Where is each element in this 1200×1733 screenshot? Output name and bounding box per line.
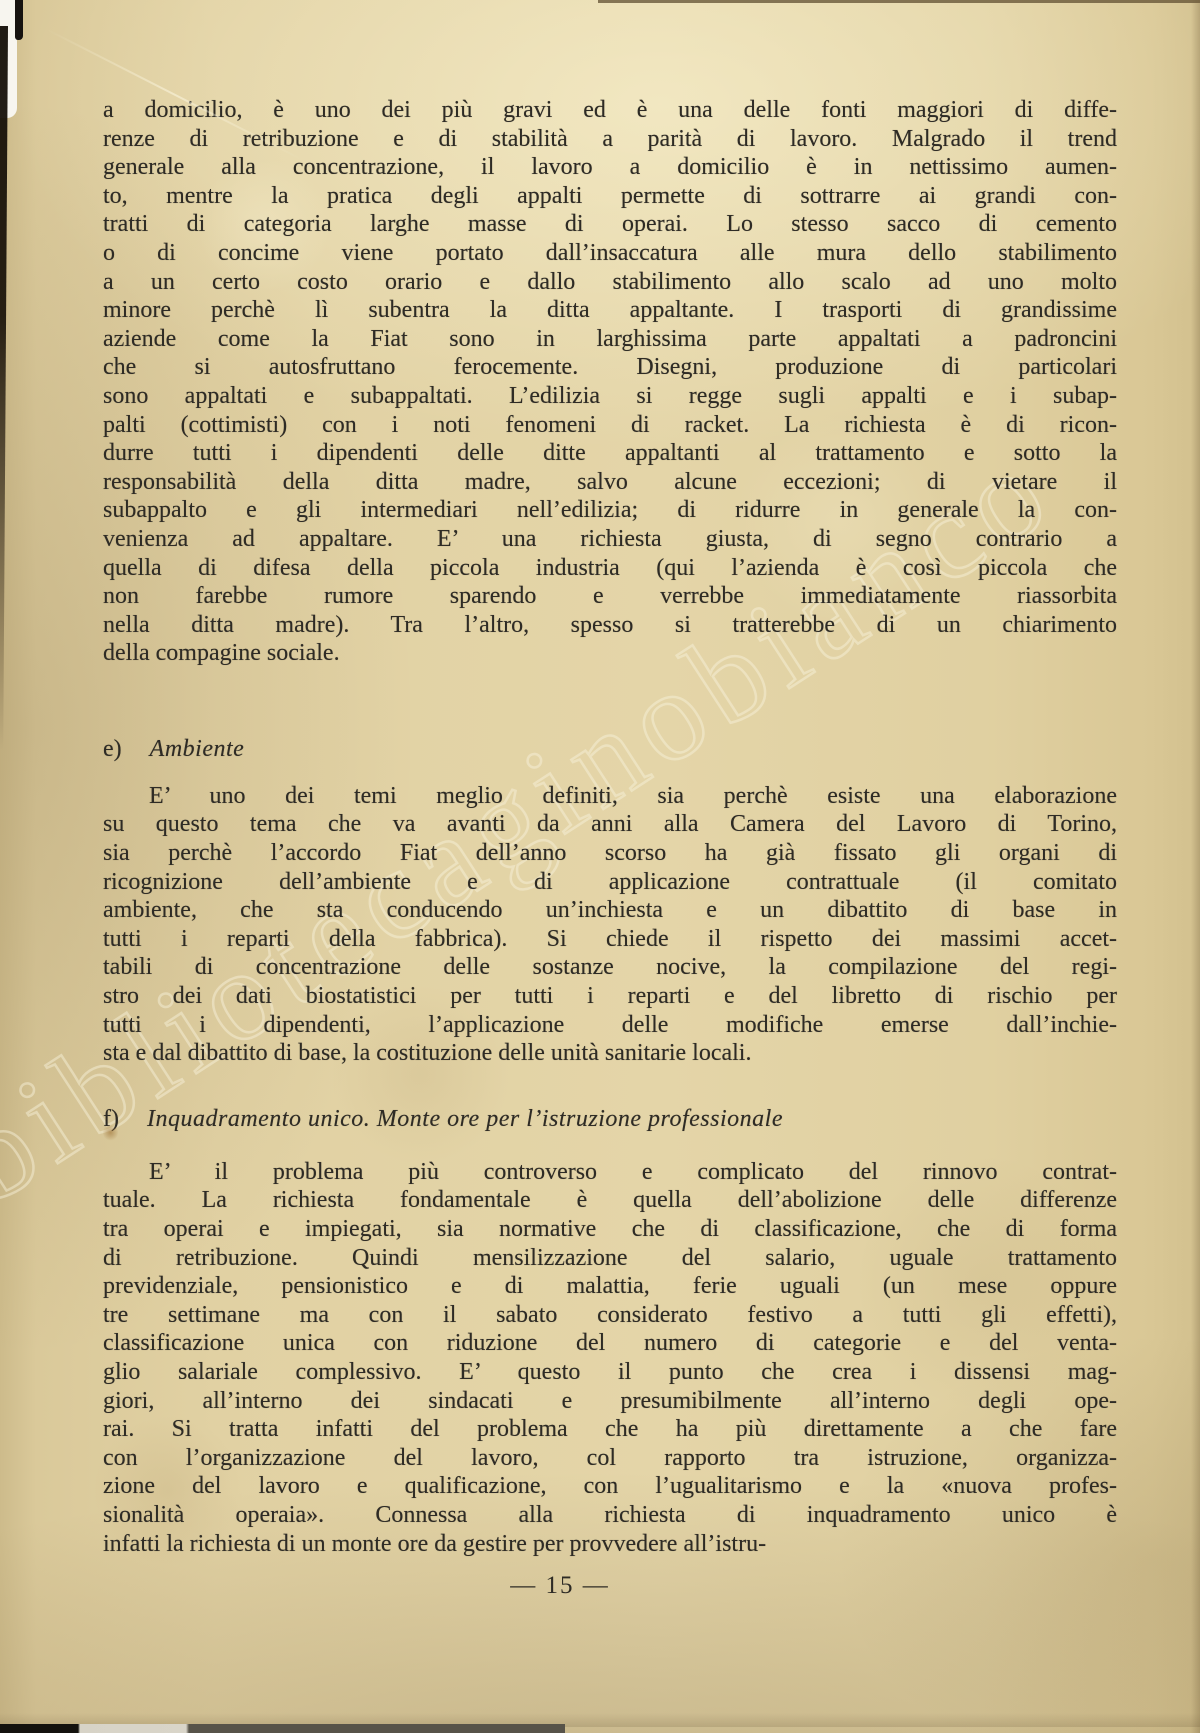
text-line: generale alla concentrazione, il lavoro … <box>103 153 1117 182</box>
paragraph-ambiente: E’ uno dei temi meglio definiti, sia per… <box>103 782 1117 1068</box>
text-line: ricognizione dell’ambiente e di applicaz… <box>103 868 1117 897</box>
text-line: giori, all’interno dei sindacati e presu… <box>103 1387 1117 1416</box>
scan-corner-black-line <box>15 0 23 40</box>
text-line: tre settimane ma con il sabato considera… <box>103 1301 1117 1330</box>
scan-left-edge-shadow <box>0 26 8 750</box>
text-line: sionalità operaia». Connessa alla richie… <box>103 1501 1117 1530</box>
text-line: quella di difesa della piccola industria… <box>103 554 1117 583</box>
text-line: con l’organizzazione del lavoro, col rap… <box>103 1444 1117 1473</box>
page-text-block: a domicilio, è uno dei più gravi ed è un… <box>103 96 1117 1558</box>
text-line: infatti la richiesta di un monte ore da … <box>103 1530 1117 1559</box>
text-line: che si autosfruttano ferocemente. Disegn… <box>103 353 1117 382</box>
text-line: E’ uno dei temi meglio definiti, sia per… <box>103 782 1117 811</box>
text-line: venienza ad appaltare. E’ una richiesta … <box>103 525 1117 554</box>
text-line: stro dei dati biostatistici per tutti i … <box>103 982 1117 1011</box>
text-line: su questo tema che va avanti da anni all… <box>103 810 1117 839</box>
text-line: zione del lavoro e qualificazione, con l… <box>103 1472 1117 1501</box>
text-line: to, mentre la pratica degli appalti perm… <box>103 182 1117 211</box>
scan-top-edge-line <box>598 0 1200 3</box>
text-line: tutti i reparti della fabbrica). Si chie… <box>103 925 1117 954</box>
text-line: aziende come la Fiat sono in larghissima… <box>103 325 1117 354</box>
text-line: renze di retribuzione e di stabilità a p… <box>103 125 1117 154</box>
text-line: sia perchè l’accordo Fiat dell’anno scor… <box>103 839 1117 868</box>
text-line: della compagine sociale. <box>103 639 1117 668</box>
paper-stain <box>103 1124 118 1141</box>
paragraph-inquadramento: E’ il problema più controverso e complic… <box>103 1158 1117 1558</box>
scan-bottom-edge-band <box>0 1724 565 1733</box>
section-label: e) <box>103 734 122 764</box>
text-line: di retribuzione. Quindi mensilizzazione … <box>103 1244 1117 1273</box>
scanned-book-page: bibliotecaginobianco a domicilio, è uno … <box>0 0 1200 1733</box>
section-title: Ambiente <box>150 734 245 764</box>
page-number: — 15 — <box>0 1572 1120 1600</box>
text-line: tra operai e impiegati, sia normative ch… <box>103 1215 1117 1244</box>
text-line: sta e dal dibattito di base, la costituz… <box>103 1039 1117 1068</box>
text-line: nella ditta madre). Tra l’altro, spesso … <box>103 611 1117 640</box>
text-line: tuale. La richiesta fondamentale è quell… <box>103 1186 1117 1215</box>
text-line: a un certo costo orario e dallo stabilim… <box>103 268 1117 297</box>
text-line: tabili di concentrazione delle sostanze … <box>103 953 1117 982</box>
text-line: o di concime viene portato dall’insaccat… <box>103 239 1117 268</box>
text-line: rai. Si tratta infatti del problema che … <box>103 1415 1117 1444</box>
text-line: durre tutti i dipendenti delle ditte app… <box>103 439 1117 468</box>
paragraph-continuation: a domicilio, è uno dei più gravi ed è un… <box>103 96 1117 668</box>
text-line: tratti di categoria larghe masse di oper… <box>103 210 1117 239</box>
section-title: Inquadramento unico. Monte ore per l’ist… <box>147 1104 783 1134</box>
section-heading-e: e) Ambiente <box>103 734 1117 764</box>
text-line: ambiente, che sta conducendo un’inchiest… <box>103 896 1117 925</box>
text-line: a domicilio, è uno dei più gravi ed è un… <box>103 96 1117 125</box>
text-line: sono appaltati e subappaltati. L’edilizi… <box>103 382 1117 411</box>
text-line: classificazione unica con riduzione del … <box>103 1329 1117 1358</box>
text-line: previdenziale, pensionistico e di malatt… <box>103 1272 1117 1301</box>
text-line: responsabilità della ditta madre, salvo … <box>103 468 1117 497</box>
scan-right-edge-shade <box>1191 0 1200 1733</box>
text-line: minore perchè lì subentra la ditta appal… <box>103 296 1117 325</box>
text-line: palti (cottimisti) con i noti fenomeni d… <box>103 411 1117 440</box>
section-heading-f: f) Inquadramento unico. Monte ore per l’… <box>103 1104 1117 1134</box>
text-line: tutti i dipendenti, l’applicazione delle… <box>103 1011 1117 1040</box>
text-line: non farebbe rumore sparendo e verrebbe i… <box>103 582 1117 611</box>
text-line: glio salariale complessivo. E’ questo il… <box>103 1358 1117 1387</box>
text-line: subappalto e gli intermediari nell’edili… <box>103 496 1117 525</box>
text-line: E’ il problema più controverso e complic… <box>103 1158 1117 1187</box>
